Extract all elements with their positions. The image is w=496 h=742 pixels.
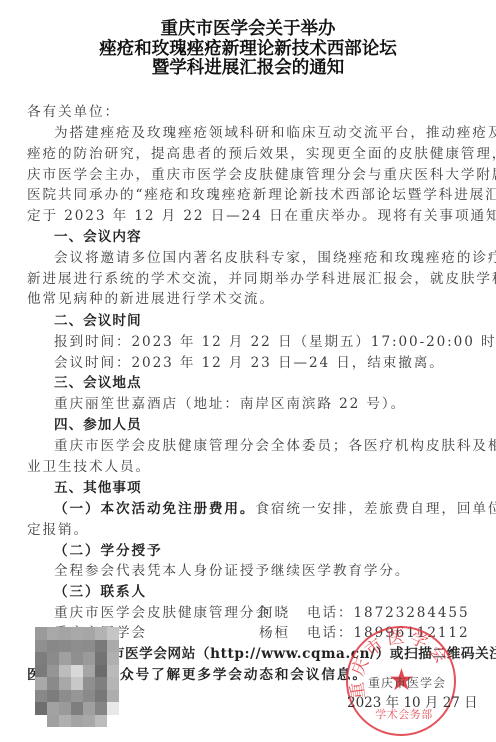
content-line: 新进展进行系统的学术交流，并同期举办学科进展汇报会，就皮肤学科中其 [27, 270, 472, 288]
notice-title: 重庆市医学会关于举办 痤疮和玫瑰痤疮新理论新技术西部论坛 暨学科进展汇报会的通知 [0, 20, 496, 79]
section-heading-content: 一、会议内容 [54, 228, 496, 246]
contact-row: 重庆市医学会皮肤健康管理分会何晓电话：18723284455 [54, 604, 496, 622]
signature-date: 2023 年 10 月 27 日 [347, 691, 478, 711]
contact-heading: （三）联系人 [54, 583, 496, 601]
meeting-time: 会议时间：2023 年 12 月 23 日—24 日，结束撤离。 [54, 354, 496, 372]
fee-bold: （一）本次活动免注册费用。 [54, 501, 255, 517]
content-line: 会议将邀请多位国内著名皮肤科专家，围绕痤疮和玫瑰痤疮的诊疗研究 [54, 249, 496, 267]
credit-heading: （二）学分授予 [54, 542, 496, 560]
section-heading-time: 二、会议时间 [54, 312, 496, 330]
credit-text: 全程参会代表凭本人身份证授予继续医学教育学分。 [54, 562, 496, 580]
content-line: 他常见病种的新进展进行学术交流。 [27, 290, 472, 308]
contact-name: 何晓 [259, 604, 307, 622]
title-line-1: 重庆市医学会关于举办 [0, 20, 496, 40]
contact-phone: 电话：18723284455 [307, 604, 470, 622]
registration-time: 报到时间：2023 年 12 月 22 日（星期五）17:00-20:00 时； [54, 333, 496, 351]
attendees-line: 业卫生技术人员。 [27, 458, 472, 476]
intro-line: 为搭建痤疮及玫瑰痤疮领域科研和临床互动交流平台，推动痤疮及玫瑰 [54, 124, 496, 142]
qr-code-blurred [35, 627, 119, 730]
intro-line: 痤疮的防治研究，提高患者的预后效果，实现更全面的皮肤健康管理，由重 [27, 145, 472, 163]
title-line-2: 痤疮和玫瑰痤疮新理论新技术西部论坛 [0, 40, 496, 60]
salutation: 各有关单位： [27, 103, 472, 121]
venue-address: 重庆丽笙世嘉酒店（地址：南岸区南滨路 22 号）。 [54, 395, 496, 413]
fee-rest: 食宿统一安排，差旅费自理，回单位按规 [255, 501, 496, 517]
fee-line: （一）本次活动免注册费用。食宿统一安排，差旅费自理，回单位按规 [54, 500, 496, 518]
section-heading-other: 五、其他事项 [54, 479, 496, 497]
section-heading-attendees: 四、参加人员 [54, 416, 496, 434]
intro-line: 庆市医学会主办，重庆市医学会皮肤健康管理分会与重庆医科大学附属第三 [27, 166, 472, 184]
section-heading-venue: 三、会议地点 [54, 374, 496, 392]
attendees-line: 重庆市医学会皮肤健康管理分会全体委员；各医疗机构皮肤科及相关专 [54, 437, 496, 455]
signature-org: 重庆市医学会 [368, 674, 446, 691]
contact-org: 重庆市医学会皮肤健康管理分会 [54, 604, 259, 622]
intro-line: 医院共同承办的“痤疮和玫瑰痤疮新理论新技术西部论坛暨学科进展汇报会” [27, 186, 472, 204]
title-line-3: 暨学科进展汇报会的通知 [0, 59, 496, 79]
contact-name: 杨桓 [259, 624, 307, 642]
fee-line-2: 定报销。 [27, 521, 472, 539]
intro-line: 定于 2023 年 12 月 22 日—24 日在重庆举办。现将有关事项通知如下… [27, 207, 472, 225]
